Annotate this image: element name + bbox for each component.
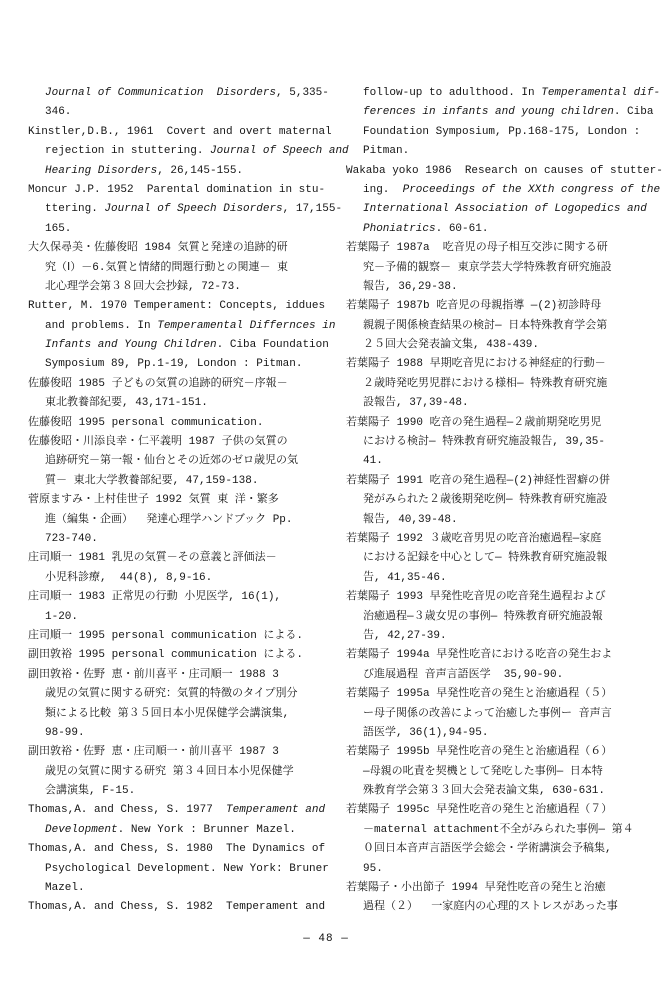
reference-line: における記録を中心として― 特殊教育研究施設報: [346, 549, 654, 568]
reference-line: 若葉陽子 1995a 早発性吃音の発生と治癒過程（５）: [346, 685, 654, 704]
reference-text: 若葉陽子 1993 早発性吃音児の吃音発生過程および: [346, 591, 606, 603]
reference-line: 若葉陽子 1995c 早発性吃音の発生と治癒過程（７）: [346, 801, 654, 820]
reference-line: 会講演集, F-15.: [28, 782, 336, 801]
reference-title-italic: Phoniatrics: [363, 223, 436, 235]
reference-text: 若葉陽子 1987b 吃音児の母親指導 ―(2)初診時母: [346, 300, 601, 312]
reference-entry: 若葉陽子 1993 早発性吃音児の吃音発生過程および治癒過程―３歳女児の事例― …: [346, 588, 654, 646]
reference-entry: Wakaba yoko 1986 Research on causes of s…: [346, 162, 654, 240]
reference-line: 佐藤俊昭・川添良幸・仁平義明 1987 子供の気質の: [28, 433, 336, 452]
reference-line: 北心理学会第３８回大会抄録, 72-73.: [28, 278, 336, 297]
reference-text: 若葉陽子 1994a 早発性吃音における吃音の発生およ: [346, 649, 612, 661]
document-page: Journal of Communication Disorders, 5,33…: [0, 0, 668, 1003]
reference-title-italic: Development: [45, 824, 118, 836]
reference-line: Kinstler,D.B., 1961 Covert and overt mat…: [28, 123, 336, 142]
reference-entry: 佐藤俊昭 1995 personal communication.: [28, 414, 336, 433]
reference-text: 若葉陽子 1987a 吃音児の母子相互交渉に関する研: [346, 242, 608, 254]
reference-line: ttering. Journal of Speech Disorders, 17…: [28, 200, 336, 219]
reference-text: 質－ 東北大学教養部紀要, 47,159-138.: [45, 475, 258, 487]
reference-text: ２５回大会発表論文集, 438-439.: [363, 339, 539, 351]
reference-line: 治癒過程―３歳女児の事例― 特殊教育研究施設報: [346, 608, 654, 627]
reference-line: 若葉陽子 1995b 早発性吃音の発生と治癒過程（６）: [346, 743, 654, 762]
reference-text: 若葉陽子 1992 ３歳吃音男児の吃音治癒過程―家庭: [346, 533, 601, 545]
reference-text: 類による比較 第３５回日本小児保健学会講演集,: [45, 708, 289, 720]
reference-line: and problems. In Temperamental Differnce…: [28, 317, 336, 336]
reference-entry: Rutter, M. 1970 Temperament: Concepts, i…: [28, 297, 336, 375]
reference-line: Development. New York : Brunner Mazel.: [28, 821, 336, 840]
reference-text: 佐藤俊昭・川添良幸・仁平義明 1987 子供の気質の: [28, 436, 288, 448]
reference-line: び進展過程 音声言語医学 35,90-90.: [346, 666, 654, 685]
reference-text: 会講演集, F-15.: [45, 785, 135, 797]
reference-text: 設報告, 37,39-48.: [363, 397, 469, 409]
reference-text: 小児科診療, 44(8), 8,9-16.: [45, 572, 212, 584]
reference-line: ２歳時発吃男児群における様相― 特殊教育研究施: [346, 375, 654, 394]
reference-text: . New York : Brunner Mazel.: [118, 824, 296, 836]
reference-line: 報告, 40,39-48.: [346, 511, 654, 530]
reference-text: 副田敦裕・佐野 恵・前川喜平・庄司順一 1988 3: [28, 669, 279, 681]
reference-text: 95.: [363, 863, 383, 875]
reference-text: ０回日本音声言語医学会総会・学術講演会予稿集,: [363, 843, 612, 855]
reference-line: 小児科診療, 44(8), 8,9-16.: [28, 569, 336, 588]
reference-title-italic: Temperamental Differnces in: [157, 320, 335, 332]
reference-line: 庄司順一 1995 personal communication による.: [28, 627, 336, 646]
reference-line: 41.: [346, 452, 654, 471]
reference-title-italic: Proceedings of the XXth congress of the: [403, 184, 660, 196]
reference-text: 723-740.: [45, 533, 98, 545]
reference-text: 北心理学会第３８回大会抄録, 72-73.: [45, 281, 241, 293]
reference-text: . 60-61.: [436, 223, 489, 235]
reference-line: Pitman.: [346, 142, 654, 161]
reference-line: 告, 42,27-39.: [346, 627, 654, 646]
reference-line: －maternal attachment不全がみられた事例― 第４: [346, 821, 654, 840]
reference-entry: 庄司順一 1995 personal communication による.: [28, 627, 336, 646]
reference-text: Kinstler,D.B., 1961 Covert and overt mat…: [28, 126, 332, 138]
references-column-left: Journal of Communication Disorders, 5,33…: [28, 84, 336, 918]
reference-text: 過程（２） 一家庭内の心理的ストレスがあった事: [363, 901, 618, 913]
reference-line: ferences in infants and young children. …: [346, 103, 654, 122]
reference-line: Symposium 89, Pp.1-19, London : Pitman.: [28, 355, 336, 374]
reference-line: Psychological Development. New York: Bru…: [28, 860, 336, 879]
reference-line: ２５回大会発表論文集, 438-439.: [346, 336, 654, 355]
reference-title-italic: Journal of Communication Disorders: [45, 87, 276, 99]
reference-line: Thomas,A. and Chess, S. 1982 Temperament…: [28, 898, 336, 917]
reference-entry: Thomas,A. and Chess, S. 1982 Temperament…: [28, 898, 336, 917]
reference-entry: 若葉陽子・小出節子 1994 早発性吃音の発生と治癒過程（２） 一家庭内の心理的…: [346, 879, 654, 918]
reference-text: , 5,335-: [276, 87, 329, 99]
reference-entry: 副田敦裕・佐野 恵・前川喜平・庄司順一 1988 3歳児の気質に関する研究：気質…: [28, 666, 336, 744]
reference-line: 菅原ますみ・上村佳世子 1992 気質 東 洋・繁多: [28, 491, 336, 510]
reference-line: ―母親の叱責を契機として発吃した事例― 日本特: [346, 763, 654, 782]
reference-line: 若葉陽子 1993 早発性吃音児の吃音発生過程および: [346, 588, 654, 607]
reference-entry: Thomas,A. and Chess, S. 1980 The Dynamic…: [28, 840, 336, 898]
reference-title-italic: International Association of Logopedics …: [363, 203, 647, 215]
reference-text: 若葉陽子 1990 吃音の発生過程―２歳前期発吃男児: [346, 417, 601, 429]
reference-entry: 若葉陽子 1995a 早発性吃音の発生と治癒過程（５）ー母子関係の改善によって治…: [346, 685, 654, 743]
reference-line: Infants and Young Children. Ciba Foundat…: [28, 336, 336, 355]
reference-text: 親親子関係検査結果の検討― 日本特殊教育学会第: [363, 320, 607, 332]
reference-line: ー母子関係の改善によって治癒した事例ー 音声言: [346, 705, 654, 724]
reference-line: 過程（２） 一家庭内の心理的ストレスがあった事: [346, 898, 654, 917]
reference-text: ２歳時発吃男児群における様相― 特殊教育研究施: [363, 378, 607, 390]
references-column-right: follow-up to adulthood. In Temperamental…: [346, 84, 654, 918]
reference-text: follow-up to adulthood. In: [363, 87, 541, 99]
reference-line: 346.: [28, 103, 336, 122]
reference-entry: Kinstler,D.B., 1961 Covert and overt mat…: [28, 123, 336, 181]
reference-line: ing. Proceedings of the XXth congress of…: [346, 181, 654, 200]
reference-line: 副田敦裕・佐野 恵・前川喜平・庄司順一 1988 3: [28, 666, 336, 685]
reference-line: 若葉陽子 1994a 早発性吃音における吃音の発生およ: [346, 646, 654, 665]
reference-line: 進（編集・企画） 発達心理学ハンドブック Pp.: [28, 511, 336, 530]
reference-line: 歳児の気質に関する研究 第３４回日本小児保健学: [28, 763, 336, 782]
reference-text: 報告, 40,39-48.: [363, 514, 458, 526]
reference-line: 報告, 36,29-38.: [346, 278, 654, 297]
reference-text: 殊教育学会第３３回大会発表論文集, 630-631.: [363, 785, 605, 797]
reference-line: 若葉陽子 1987b 吃音児の母親指導 ―(2)初診時母: [346, 297, 654, 316]
reference-entry: Moncur J.P. 1952 Parental domination in …: [28, 181, 336, 239]
reference-line: 副田敦裕・佐野 恵・庄司順一・前川喜平 1987 3: [28, 743, 336, 762]
reference-entry: 副田敦裕 1995 personal communication による.: [28, 646, 336, 665]
reference-text: Rutter, M. 1970 Temperament: Concepts, i…: [28, 300, 325, 312]
reference-text: ―母親の叱責を契機として発吃した事例― 日本特: [363, 766, 603, 778]
reference-title-italic: Temperamental dif-: [541, 87, 660, 99]
reference-line: 若葉陽子 1988 早期吃音児における神経症的行動－: [346, 355, 654, 374]
reference-line: 若葉陽子 1987a 吃音児の母子相互交渉に関する研: [346, 239, 654, 258]
reference-text: 究－予備的観察－ 東京学芸大学特殊教育研究施設: [363, 262, 612, 274]
reference-line: 大久保尋美・佐藤俊昭 1984 気質と発達の追跡的研: [28, 239, 336, 258]
reference-line: follow-up to adulthood. In Temperamental…: [346, 84, 654, 103]
reference-text: 大久保尋美・佐藤俊昭 1984 気質と発達の追跡的研: [28, 242, 288, 254]
reference-text: 1-20.: [45, 611, 78, 623]
reference-text: 副田敦裕・佐野 恵・庄司順一・前川喜平 1987 3: [28, 746, 279, 758]
reference-text: 若葉陽子 1988 早期吃音児における神経症的行動－: [346, 358, 606, 370]
reference-line: Moncur J.P. 1952 Parental domination in …: [28, 181, 336, 200]
reference-entry: 副田敦裕・佐野 恵・庄司順一・前川喜平 1987 3歳児の気質に関する研究 第３…: [28, 743, 336, 801]
reference-entry: 若葉陽子 1987b 吃音児の母親指導 ―(2)初診時母親親子関係検査結果の検討…: [346, 297, 654, 355]
reference-entry: 若葉陽子 1995b 早発性吃音の発生と治癒過程（６）―母親の叱責を契機として発…: [346, 743, 654, 801]
reference-line: 95.: [346, 860, 654, 879]
reference-entry: 若葉陽子 1992 ３歳吃音男児の吃音治癒過程―家庭における記録を中心として― …: [346, 530, 654, 588]
reference-text: Thomas,A. and Chess, S. 1980 The Dynamic…: [28, 843, 325, 855]
reference-entry: 庄司順一 1983 正常児の行動 小児医学, 16(1),1-20.: [28, 588, 336, 627]
reference-text: 98-99.: [45, 727, 85, 739]
reference-entry: 若葉陽子 1990 吃音の発生過程―２歳前期発吃男児における検討― 特殊教育研究…: [346, 414, 654, 472]
reference-line: 723-740.: [28, 530, 336, 549]
reference-line: Thomas,A. and Chess, S. 1977 Temperament…: [28, 801, 336, 820]
reference-line: 究－予備的観察－ 東京学芸大学特殊教育研究施設: [346, 259, 654, 278]
reference-text: 語医学, 36(1),94-95.: [363, 727, 488, 739]
reference-text: における記録を中心として― 特殊教育研究施設報: [363, 552, 607, 564]
reference-entry: 菅原ますみ・上村佳世子 1992 気質 東 洋・繁多進（編集・企画） 発達心理学…: [28, 491, 336, 549]
reference-line: International Association of Logopedics …: [346, 200, 654, 219]
reference-text: Moncur J.P. 1952 Parental domination in …: [28, 184, 325, 196]
reference-text: Wakaba yoko 1986 Research on causes of s…: [346, 165, 663, 177]
reference-line: Wakaba yoko 1986 Research on causes of s…: [346, 162, 654, 181]
reference-text: 副田敦裕 1995 personal communication による.: [28, 649, 303, 661]
reference-text: Thomas,A. and Chess, S. 1977: [28, 804, 226, 816]
reference-title-italic: Journal of Speech and: [210, 145, 349, 157]
reference-line: 類による比較 第３５回日本小児保健学会講演集,: [28, 705, 336, 724]
reference-text: 佐藤俊昭 1985 子どもの気質の追跡的研究－序報－: [28, 378, 288, 390]
reference-text: 佐藤俊昭 1995 personal communication.: [28, 417, 263, 429]
reference-text: Pitman.: [363, 145, 409, 157]
reference-text: , 26,145-155.: [157, 165, 243, 177]
reference-line: 165.: [28, 220, 336, 239]
reference-line: 発がみられた２歳後期発吃例― 特殊教育研究施設: [346, 491, 654, 510]
reference-text: rejection in stuttering.: [45, 145, 210, 157]
reference-entry: Thomas,A. and Chess, S. 1977 Temperament…: [28, 801, 336, 840]
reference-text: 治癒過程―３歳女児の事例― 特殊教育研究施設報: [363, 611, 603, 623]
reference-text: 165.: [45, 223, 71, 235]
reference-text: 告, 42,27-39.: [363, 630, 447, 642]
reference-title-italic: Temperament and: [226, 804, 325, 816]
page-number: — 48 —: [0, 930, 652, 949]
reference-entry: 若葉陽子 1988 早期吃音児における神経症的行動－２歳時発吃男児群における様相…: [346, 355, 654, 413]
reference-line: ０回日本音声言語医学会総会・学術講演会予稿集,: [346, 840, 654, 859]
reference-text: 究（Ⅰ）－6.気質と情緒的問題行動との関連－ 東: [45, 262, 288, 274]
reference-text: and problems. In: [45, 320, 157, 332]
reference-entry: 若葉陽子 1987a 吃音児の母子相互交渉に関する研究－予備的観察－ 東京学芸大…: [346, 239, 654, 297]
reference-text: －maternal attachment不全がみられた事例― 第４: [363, 824, 634, 836]
reference-line: 庄司順一 1983 正常児の行動 小児医学, 16(1),: [28, 588, 336, 607]
reference-line: Foundation Symposium, Pp.168-175, London…: [346, 123, 654, 142]
reference-entry: 佐藤俊昭・川添良幸・仁平義明 1987 子供の気質の追跡研究－第一報・仙台とその…: [28, 433, 336, 491]
reference-text: 歳児の気質に関する研究 第３４回日本小児保健学: [45, 766, 294, 778]
reference-line: 質－ 東北大学教養部紀要, 47,159-138.: [28, 472, 336, 491]
reference-line: Rutter, M. 1970 Temperament: Concepts, i…: [28, 297, 336, 316]
reference-line: 庄司順一 1981 乳児の気質－その意義と評価法－: [28, 549, 336, 568]
references-section: Journal of Communication Disorders, 5,33…: [28, 84, 654, 918]
reference-text: Thomas,A. and Chess, S. 1982 Temperament…: [28, 901, 325, 913]
reference-line: 設報告, 37,39-48.: [346, 394, 654, 413]
reference-text: 346.: [45, 106, 71, 118]
reference-text: 若葉陽子 1995c 早発性吃音の発生と治癒過程（７）: [346, 804, 612, 816]
reference-line: Mazel.: [28, 879, 336, 898]
reference-line: Thomas,A. and Chess, S. 1980 The Dynamic…: [28, 840, 336, 859]
reference-text: 発がみられた２歳後期発吃例― 特殊教育研究施設: [363, 494, 607, 506]
reference-text: 東北教養部紀要, 43,171-151.: [45, 397, 208, 409]
reference-text: 若葉陽子 1995a 早発性吃音の発生と治癒過程（５）: [346, 688, 612, 700]
reference-text: 若葉陽子・小出節子 1994 早発性吃音の発生と治癒: [346, 882, 606, 894]
reference-text: 歳児の気質に関する研究：気質的特徴のタイプ別分: [45, 688, 297, 700]
reference-entry: Journal of Communication Disorders, 5,33…: [28, 84, 336, 123]
reference-text: 告, 41,35-46.: [363, 572, 447, 584]
reference-entry: 若葉陽子 1991 吃音の発生過程―(2)神経性習癖の併発がみられた２歳後期発吃…: [346, 472, 654, 530]
reference-text: Psychological Development. New York: Bru…: [45, 863, 329, 875]
reference-line: 語医学, 36(1),94-95.: [346, 724, 654, 743]
reference-text: 庄司順一 1983 正常児の行動 小児医学, 16(1),: [28, 591, 281, 603]
reference-entry: 若葉陽子 1994a 早発性吃音における吃音の発生および進展過程 音声言語医学 …: [346, 646, 654, 685]
reference-title-italic: Infants and Young Children: [45, 339, 217, 351]
reference-line: 東北教養部紀要, 43,171-151.: [28, 394, 336, 413]
reference-line: 1-20.: [28, 608, 336, 627]
reference-entry: follow-up to adulthood. In Temperamental…: [346, 84, 654, 162]
reference-title-italic: Hearing Disorders: [45, 165, 157, 177]
reference-text: 菅原ますみ・上村佳世子 1992 気質 東 洋・繁多: [28, 494, 279, 506]
reference-text: 若葉陽子 1995b 早発性吃音の発生と治癒過程（６）: [346, 746, 612, 758]
reference-entry: 大久保尋美・佐藤俊昭 1984 気質と発達の追跡的研究（Ⅰ）－6.気質と情緒的問…: [28, 239, 336, 297]
reference-text: 追跡研究－第一報・仙台とその近郊のゼロ歳児の気: [45, 455, 298, 467]
reference-text: 若葉陽子 1991 吃音の発生過程―(2)神経性習癖の併: [346, 475, 610, 487]
reference-entry: 庄司順一 1981 乳児の気質－その意義と評価法－小児科診療, 44(8), 8…: [28, 549, 336, 588]
reference-text: Symposium 89, Pp.1-19, London : Pitman.: [45, 358, 302, 370]
reference-text: における検討― 特殊教育研究施設報告, 39,35-: [363, 436, 605, 448]
reference-line: rejection in stuttering. Journal of Spee…: [28, 142, 336, 161]
reference-text: 庄司順一 1981 乳児の気質－その意義と評価法－: [28, 552, 277, 564]
reference-line: 若葉陽子・小出節子 1994 早発性吃音の発生と治癒: [346, 879, 654, 898]
reference-line: 殊教育学会第３３回大会発表論文集, 630-631.: [346, 782, 654, 801]
reference-text: Foundation Symposium, Pp.168-175, London…: [363, 126, 640, 138]
reference-text: Mazel.: [45, 882, 85, 894]
reference-text: ー母子関係の改善によって治癒した事例ー 音声言: [363, 708, 612, 720]
reference-line: 98-99.: [28, 724, 336, 743]
reference-line: 究（Ⅰ）－6.気質と情緒的問題行動との関連－ 東: [28, 259, 336, 278]
reference-line: 歳児の気質に関する研究：気質的特徴のタイプ別分: [28, 685, 336, 704]
reference-line: 佐藤俊昭 1985 子どもの気質の追跡的研究－序報－: [28, 375, 336, 394]
reference-line: 親親子関係検査結果の検討― 日本特殊教育学会第: [346, 317, 654, 336]
reference-line: 若葉陽子 1990 吃音の発生過程―２歳前期発吃男児: [346, 414, 654, 433]
reference-line: Journal of Communication Disorders, 5,33…: [28, 84, 336, 103]
reference-text: ing.: [363, 184, 403, 196]
reference-line: 副田敦裕 1995 personal communication による.: [28, 646, 336, 665]
reference-text: 41.: [363, 455, 383, 467]
reference-entry: 佐藤俊昭 1985 子どもの気質の追跡的研究－序報－東北教養部紀要, 43,17…: [28, 375, 336, 414]
reference-text: 進（編集・企画） 発達心理学ハンドブック Pp.: [45, 514, 293, 526]
reference-line: Phoniatrics. 60-61.: [346, 220, 654, 239]
reference-line: 若葉陽子 1992 ３歳吃音男児の吃音治癒過程―家庭: [346, 530, 654, 549]
reference-text: , 17,155-: [283, 203, 342, 215]
reference-title-italic: ferences in infants and young children: [363, 106, 614, 118]
reference-line: 告, 41,35-46.: [346, 569, 654, 588]
reference-line: 追跡研究－第一報・仙台とその近郊のゼロ歳児の気: [28, 452, 336, 471]
reference-line: 佐藤俊昭 1995 personal communication.: [28, 414, 336, 433]
reference-text: 報告, 36,29-38.: [363, 281, 458, 293]
reference-line: における検討― 特殊教育研究施設報告, 39,35-: [346, 433, 654, 452]
reference-text: ttering.: [45, 203, 104, 215]
reference-line: 若葉陽子 1991 吃音の発生過程―(2)神経性習癖の併: [346, 472, 654, 491]
reference-text: . Ciba: [614, 106, 654, 118]
reference-title-italic: Journal of Speech Disorders: [104, 203, 282, 215]
reference-line: Hearing Disorders, 26,145-155.: [28, 162, 336, 181]
reference-entry: 若葉陽子 1995c 早発性吃音の発生と治癒過程（７）－maternal att…: [346, 801, 654, 879]
reference-text: . Ciba Foundation: [217, 339, 329, 351]
reference-text: 庄司順一 1995 personal communication による.: [28, 630, 303, 642]
reference-text: び進展過程 音声言語医学 35,90-90.: [363, 669, 563, 681]
